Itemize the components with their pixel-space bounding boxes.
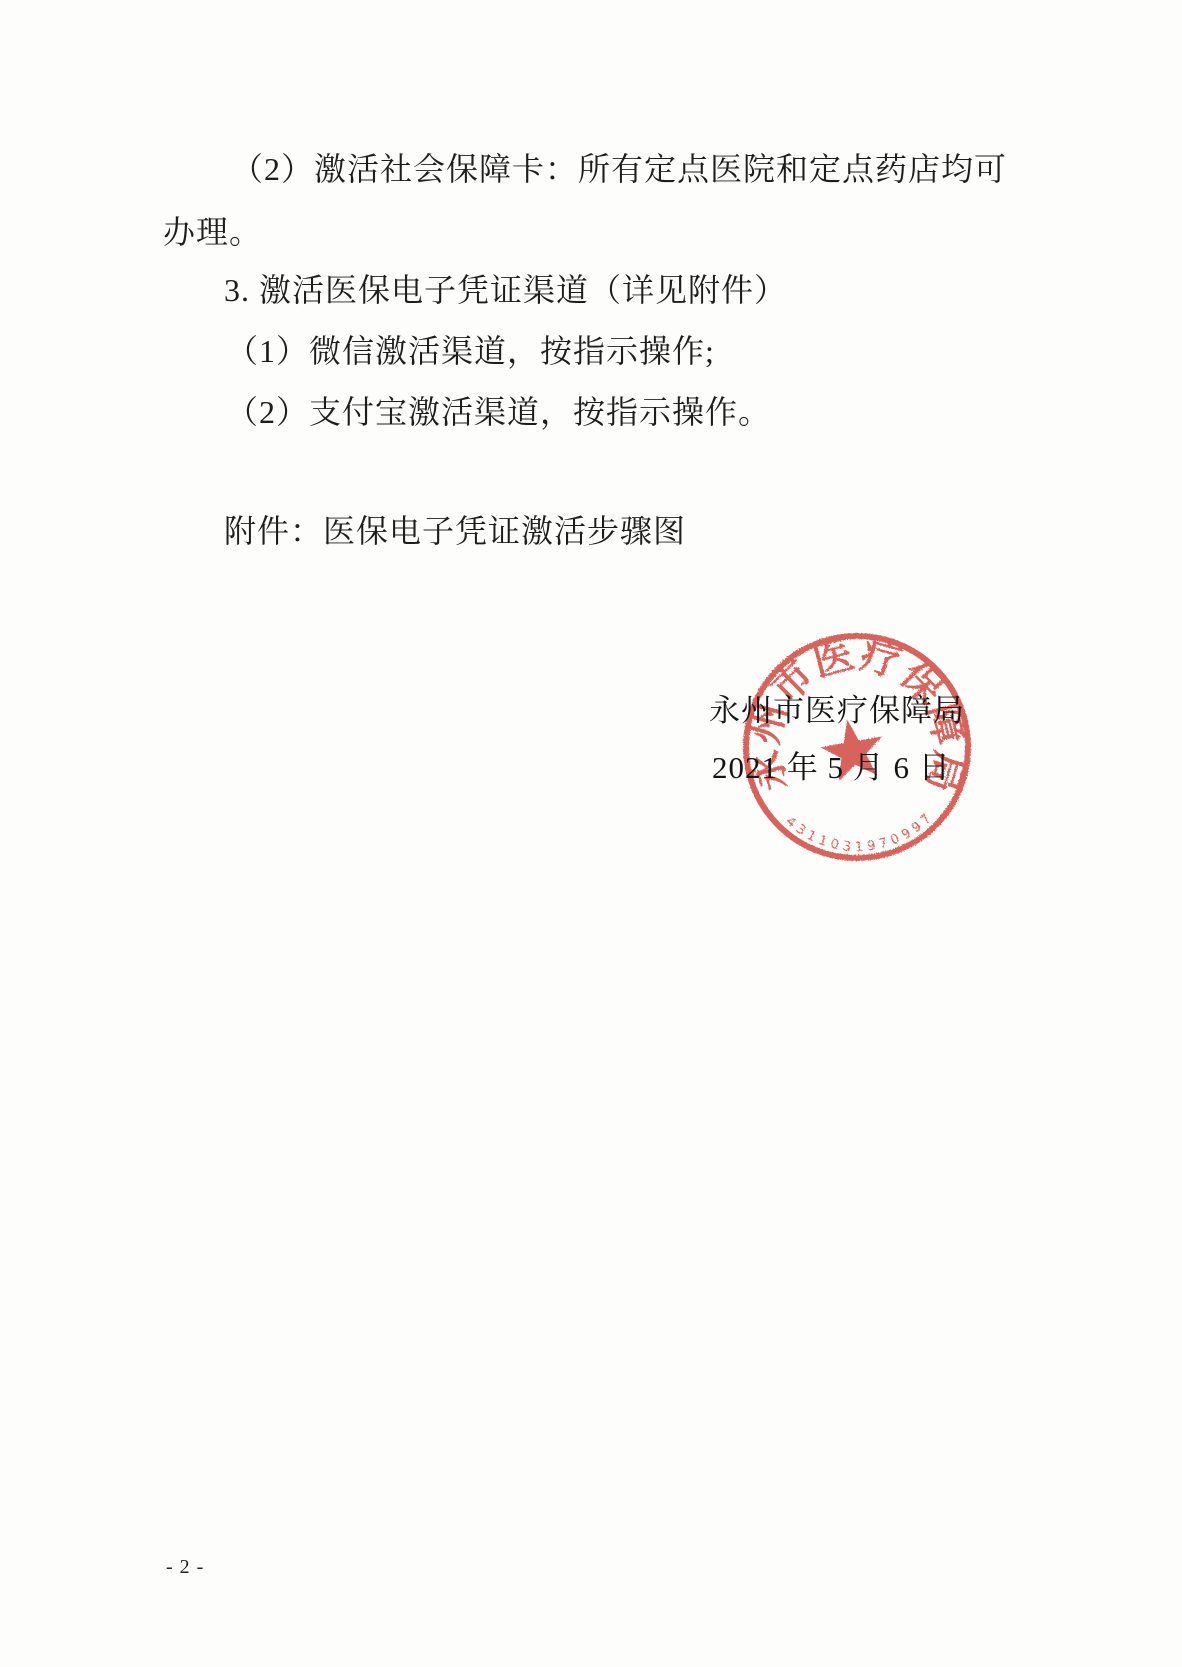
body-line-3: 3. 激活医保电子凭证渠道（详见附件）: [224, 271, 787, 309]
body-line-4: （1）微信激活渠道，按指示操作;: [226, 332, 715, 370]
attachment-line: 附件：医保电子凭证激活步骤图: [224, 512, 686, 550]
body-line-5: （2）支付宝激活渠道，按指示操作。: [226, 393, 771, 431]
body-line-2: 办理。: [163, 213, 262, 251]
official-seal-stamp: 永州市医疗保障局 4311031970997: [737, 627, 977, 867]
page-number: - 2 -: [166, 1556, 204, 1579]
body-line-1: （2）激活社会保障卡：所有定点医院和定点药店均可: [231, 150, 1007, 188]
document-page: （2）激活社会保障卡：所有定点医院和定点药店均可 办理。 3. 激活医保电子凭证…: [0, 0, 1182, 1667]
signature-date: 2021 年 5 月 6 日: [712, 749, 951, 786]
official-seal: 永州市医疗保障局 4311031970997: [737, 627, 977, 867]
signature-organization: 永州市医疗保障局: [709, 692, 965, 729]
